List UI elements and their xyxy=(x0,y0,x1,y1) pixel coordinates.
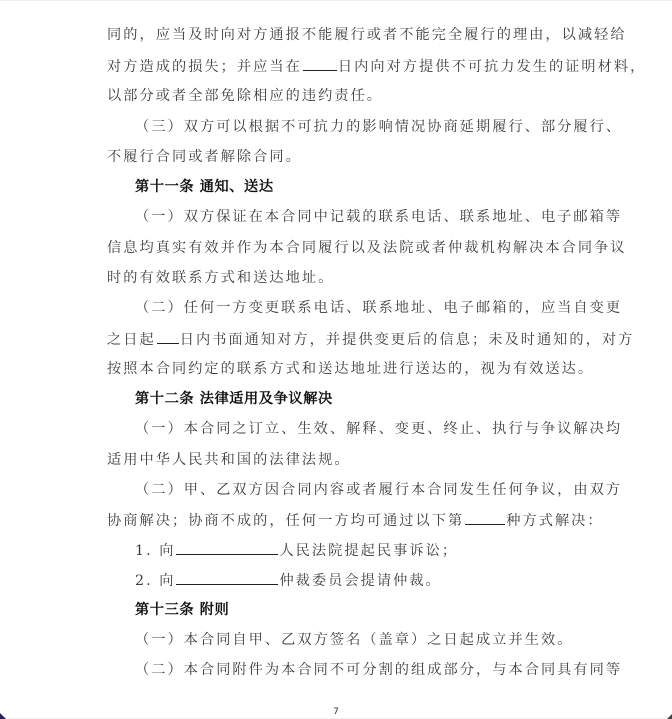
text-segment: 日内书面通知对方，并提供变更后的信息；未及时通知的，对方 xyxy=(180,332,635,348)
text-segment: （一）本合同自甲、乙双方签名（盖章）之日起成立并生效。 xyxy=(135,632,573,648)
text-line: （二）本合同附件为本合同不可分割的组成部分，与本合同具有同等 xyxy=(135,660,622,680)
text-segment: 同的，应当及时向对方通报不能履行或者不能完全履行的理由，以减轻给 xyxy=(107,27,627,43)
article-11-heading: 第十一条 通知、送达 xyxy=(135,177,274,197)
text-line: 对方造成的损失；并应当在日内向对方提供不可抗力发生的证明材料， xyxy=(107,56,646,77)
text-line: （一）双方保证在本合同中记载的联系电话、联系地址、电子邮箱等 xyxy=(135,207,622,227)
text-segment: 不履行合同或者解除合同。 xyxy=(107,149,302,165)
fill-in-blank-days[interactable] xyxy=(157,329,179,344)
article-13-heading: 第十三条 附则 xyxy=(135,600,229,620)
document-page: 同的，应当及时向对方通报不能履行或者不能完全履行的理由，以减轻给 对方造成的损失… xyxy=(0,0,672,719)
text-line: （三）双方可以根据不可抗力的影响情况协商延期履行、部分履行、 xyxy=(135,117,622,137)
text-line: 不履行合同或者解除合同。 xyxy=(107,147,302,167)
text-line: 同的，应当及时向对方通报不能履行或者不能完全履行的理由，以减轻给 xyxy=(107,25,627,45)
text-segment: 种方式解决： xyxy=(506,513,603,529)
text-segment: （一）双方保证在本合同中记载的联系电话、联系地址、电子邮箱等 xyxy=(135,209,622,225)
text-segment: 1. 向 xyxy=(135,543,175,559)
fill-in-blank-court[interactable] xyxy=(176,540,278,555)
text-line: 时的有效联系方式和送达地址。 xyxy=(107,268,334,288)
fill-in-blank-method[interactable] xyxy=(465,510,505,525)
text-segment: （三）双方可以根据不可抗力的影响情况协商延期履行、部分履行、 xyxy=(135,119,622,135)
text-line: （一）本合同之订立、生效、解释、变更、终止、执行与争议解决均 xyxy=(135,419,622,439)
page-corner-right xyxy=(666,714,672,719)
text-line: （一）本合同自甲、乙双方签名（盖章）之日起成立并生效。 xyxy=(135,630,573,650)
text-line: 协商解决；协商不成的，任何一方均可通过以下第种方式解决： xyxy=(107,510,604,531)
page-number: 7 xyxy=(0,707,672,717)
text-segment: 日内向对方提供不可抗力发生的证明材料， xyxy=(338,59,647,75)
text-segment: 协商解决；协商不成的，任何一方均可通过以下第 xyxy=(107,513,464,529)
text-segment: 对方造成的损失；并应当在 xyxy=(107,59,302,75)
text-line: 信息均真实有效并作为本合同履行以及法院或者仲裁机构解决本合同争议 xyxy=(107,238,627,258)
text-segment: 信息均真实有效并作为本合同履行以及法院或者仲裁机构解决本合同争议 xyxy=(107,240,627,256)
text-segment: 时的有效联系方式和送达地址。 xyxy=(107,270,334,286)
page-corner-left xyxy=(0,713,7,719)
text-line: 适用中华人民共和国的法律法规。 xyxy=(107,450,351,470)
text-segment: 之日起 xyxy=(107,332,156,348)
text-segment: 人民法院提起民事诉讼； xyxy=(279,543,458,559)
text-segment: （二）本合同附件为本合同不可分割的组成部分，与本合同具有同等 xyxy=(135,662,622,678)
option-court: 1. 向人民法院提起民事诉讼； xyxy=(135,540,458,561)
article-12-heading: 第十二条 法律适用及争议解决 xyxy=(135,389,333,409)
text-segment: 2. 向 xyxy=(135,573,175,589)
text-segment: 按照本合同约定的联系方式和送达地址进行送达的，视为有效送达。 xyxy=(107,361,594,377)
text-segment: （二）任何一方变更联系电话、联系地址、电子邮箱的，应当自变更 xyxy=(135,300,622,316)
text-line: 以部分或者全部免除相应的违约责任。 xyxy=(107,86,383,106)
text-line: （二）甲、乙双方因合同内容或者履行本合同发生任何争议，由双方 xyxy=(135,480,622,500)
text-segment: （二）甲、乙双方因合同内容或者履行本合同发生任何争议，由双方 xyxy=(135,482,622,498)
text-line: 按照本合同约定的联系方式和送达地址进行送达的，视为有效送达。 xyxy=(107,359,594,379)
text-segment: 仲裁委员会提请仲裁。 xyxy=(279,573,441,589)
text-segment: 适用中华人民共和国的法律法规。 xyxy=(107,452,351,468)
fill-in-blank-days[interactable] xyxy=(303,56,337,71)
text-line: 之日起日内书面通知对方，并提供变更后的信息；未及时通知的，对方 xyxy=(107,329,634,350)
text-line: （二）任何一方变更联系电话、联系地址、电子邮箱的，应当自变更 xyxy=(135,298,622,318)
text-segment: （一）本合同之订立、生效、解释、变更、终止、执行与争议解决均 xyxy=(135,421,622,437)
fill-in-blank-arbitration[interactable] xyxy=(176,570,278,585)
option-arbitration: 2. 向仲裁委员会提请仲裁。 xyxy=(135,570,442,591)
text-segment: 以部分或者全部免除相应的违约责任。 xyxy=(107,88,383,104)
